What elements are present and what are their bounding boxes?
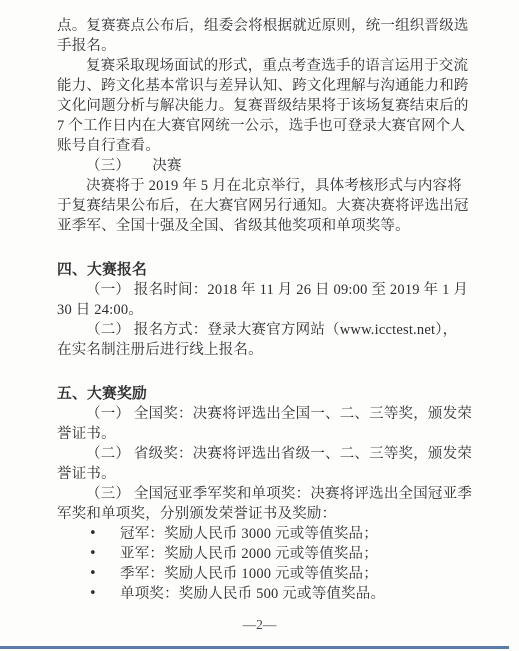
bullet-line: •单项奖：奖励人民币 500 元或等值奖品。 — [57, 584, 469, 604]
document-body: 点。复赛赛点公布后，组委会将根据就近原则，统一组织晋级选手报名。复赛采取现场面试… — [57, 16, 469, 604]
bullet-line: •季军：奖励人民币 1000 元或等值奖品； — [57, 564, 469, 584]
document-page: 点。复赛赛点公布后，组委会将根据就近原则，统一组织晋级选手报名。复赛采取现场面试… — [0, 0, 519, 651]
bullet-text: 亚军：奖励人民币 2000 元或等值奖品； — [120, 546, 378, 562]
text-line: 于复赛结果公布后，在大赛官网另行通知。大赛决赛将评选出冠 — [57, 196, 469, 216]
text-line: 决赛将于 2019 年 5 月在北京举行，具体考核形式与内容将 — [57, 176, 469, 196]
text-line: （二） 省级奖：决赛将评选出省级一、二、三等奖，颁发荣 — [57, 444, 469, 464]
section-heading: 四、大赛报名 — [57, 260, 469, 280]
text-line: 誉证书。 — [57, 464, 469, 484]
bullet-text: 冠军：奖励人民币 3000 元或等值奖品； — [120, 526, 378, 542]
text-line: 军奖和单项奖，分别颁发荣誉证书及奖励： — [57, 504, 469, 524]
section-heading: 五、大赛奖励 — [57, 384, 469, 404]
text-line: （一） 全国奖：决赛将评选出全国一、二、三等奖，颁发荣 — [57, 404, 469, 424]
text-line: （三） 全国冠亚季军奖和单项奖：决赛将评选出全国冠亚季 — [57, 484, 469, 504]
text-line: 誉证书。 — [57, 424, 469, 444]
text-line: 亚季军、全国十强及全国、省级其他奖项和单项奖等。 — [57, 216, 469, 236]
text-line: 能力、跨文化基本常识与差异认知、跨文化理解与沟通能力和跨 — [57, 76, 469, 96]
bullet-text: 季军：奖励人民币 1000 元或等值奖品； — [120, 566, 378, 582]
text-line: （一） 报名时间：2018 年 11 月 26 日 09:00 至 2019 年… — [57, 280, 469, 300]
text-line: 30 日 24:00。 — [57, 300, 469, 320]
text-line: 文化问题分析与解决能力。复赛晋级结果将于该场复赛结束后的 — [57, 96, 469, 116]
bullet-text: 单项奖：奖励人民币 500 元或等值奖品。 — [120, 586, 385, 602]
bullet-icon: • — [89, 524, 97, 544]
blank-line — [57, 360, 469, 380]
text-line: 复赛采取现场面试的形式，重点考查选手的语言运用于交流 — [57, 56, 469, 76]
bullet-icon: • — [89, 584, 97, 604]
bullet-line: •冠军：奖励人民币 3000 元或等值奖品； — [57, 524, 469, 544]
bullet-line: •亚军：奖励人民币 2000 元或等值奖品； — [57, 544, 469, 564]
page-number: —2— — [0, 617, 519, 633]
blank-line — [57, 236, 469, 256]
text-line: （二） 报名方式：登录大赛官方网站（www.icctest.net）， — [57, 320, 469, 340]
window-bottom-border — [0, 646, 509, 649]
text-line: （三） 决赛 — [57, 156, 469, 176]
text-line: 在实名制注册后进行线上报名。 — [57, 340, 469, 360]
bullet-icon: • — [89, 564, 97, 584]
text-line: 7 个工作日内在大赛官网统一公示，选手也可登录大赛官网个人 — [57, 116, 469, 136]
text-line: 账号自行查看。 — [57, 136, 469, 156]
text-line: 手报名。 — [57, 36, 469, 56]
bullet-icon: • — [89, 544, 97, 564]
text-line: 点。复赛赛点公布后，组委会将根据就近原则，统一组织晋级选 — [57, 16, 469, 36]
